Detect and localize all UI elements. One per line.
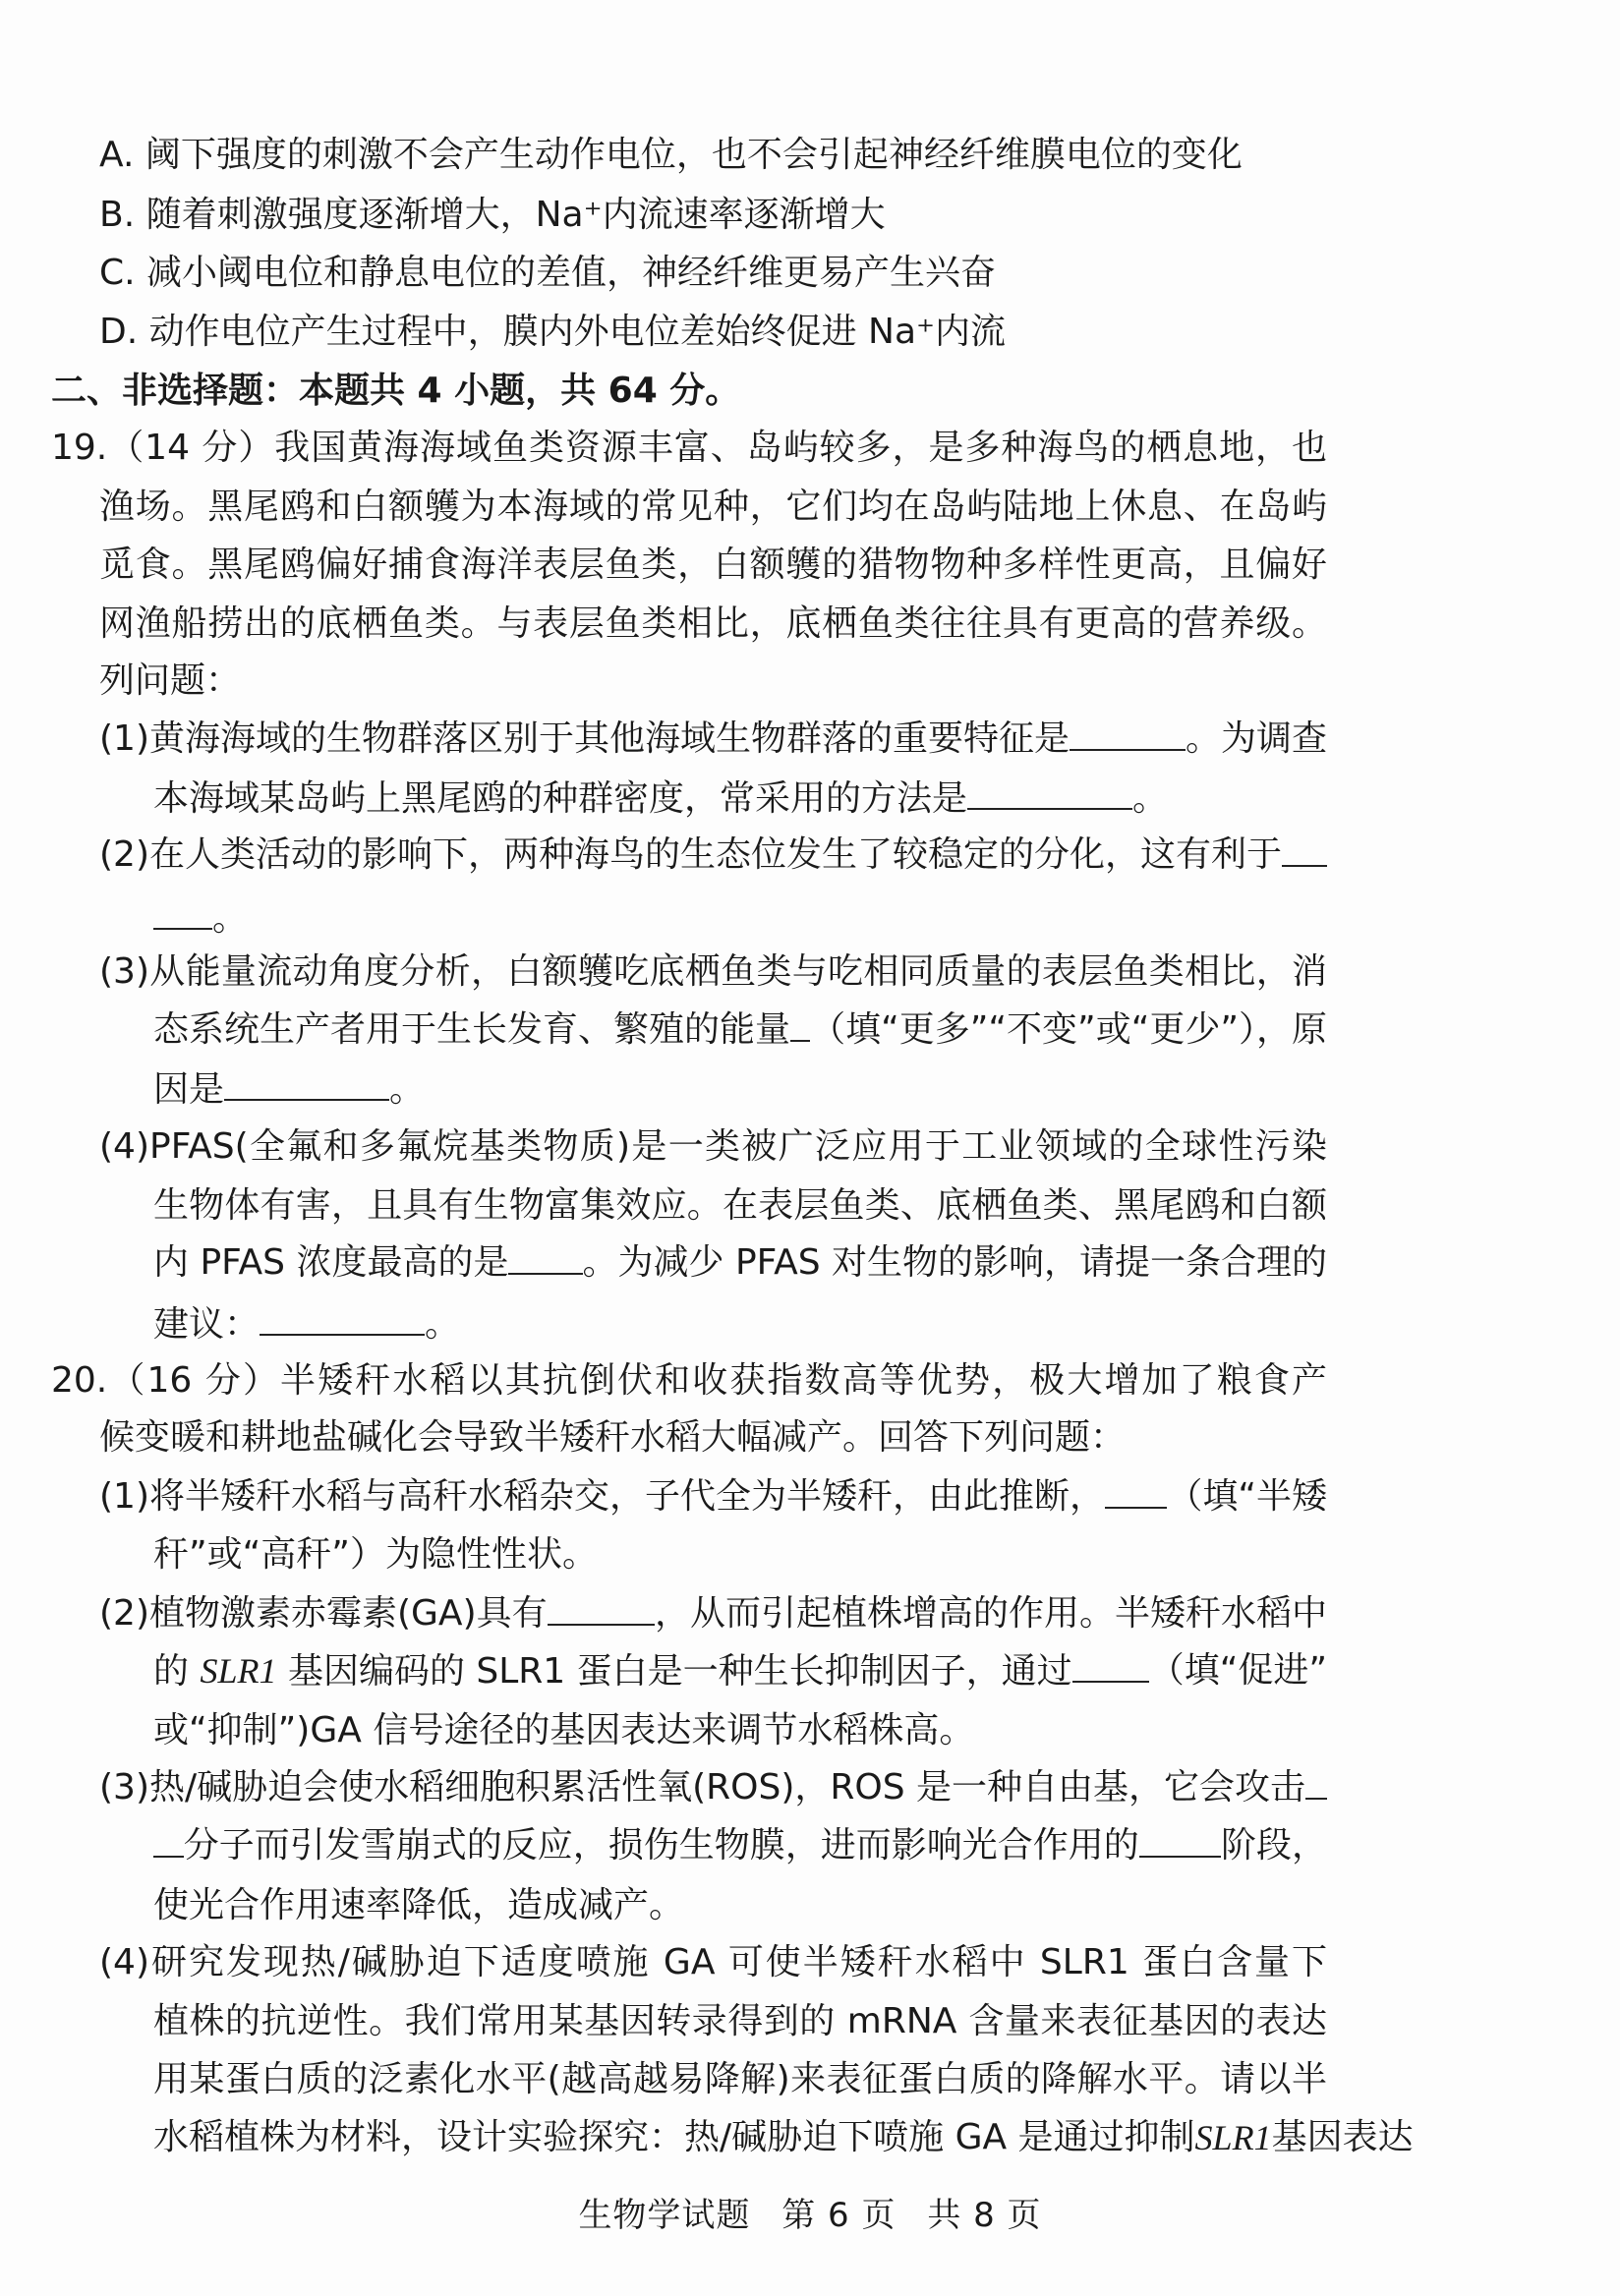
footer-page-total: 共 8 页: [927, 2196, 1041, 2235]
q19-part4-line4: 建议：。: [153, 1300, 460, 1348]
q20-part1-line2: 秆”或“高秆”）为隐性性状。: [153, 1531, 598, 1578]
q19-part1-text: 。: [1132, 778, 1168, 819]
q19-part3-text: （填“更多”“不变”或“更少”），原: [810, 1006, 1327, 1054]
q19-part3-line2: 态系统生产者用于生长发育、繁殖的能量 （填“更多”“不变”或“更少”），原: [153, 1006, 1327, 1054]
option-a: A. 阈下强度的刺激不会产生动作电位，也不会引起神经纤维膜电位的变化: [99, 132, 1243, 179]
q19-part4-line2: 生物体有害，且具有生物富集效应。在表层鱼类、底栖鱼类、黑尾鸥和白额鹱中，体: [153, 1182, 1327, 1230]
q19-part1-text: (1)黄海海域的生物群落区别于其他海域生物群落的重要特征是: [99, 716, 1070, 763]
q19-part1-line1: (1)黄海海域的生物群落区别于其他海域生物群落的重要特征是 。为调查: [99, 716, 1327, 763]
q20-part2-text: 的: [153, 1651, 189, 1692]
q19-part4-text: 。: [425, 1304, 460, 1345]
q19-part4-text: 内 PFAS 浓度最高的是: [153, 1239, 508, 1287]
q20-part2-text: 的 SLR1 基因编码的 SLR1 蛋白是一种生长抑制因子，通过: [153, 1647, 1072, 1694]
q20-part3-text: 阶段，: [1221, 1822, 1327, 1869]
q19-part1-text: 。为调查: [1186, 716, 1327, 763]
q20-part1-text: （填“半矮: [1167, 1473, 1327, 1521]
answer-blank[interactable]: [1072, 1647, 1149, 1683]
q20-part3-text: 分子而引发雪崩式的反应，损伤生物膜，进而影响光合作用的: [184, 1822, 1139, 1869]
answer-blank[interactable]: [1305, 1764, 1327, 1800]
q20-part2-line2: 的 SLR1 基因编码的 SLR1 蛋白是一种生长抑制因子，通过 （填“促进”: [153, 1647, 1327, 1694]
answer-blank[interactable]: [1139, 1822, 1221, 1858]
q19-stem-line: 渔场。黑尾鸥和白额鹱为本海域的常见种，它们均在岛屿陆地上休息、在岛屿周边海域: [99, 484, 1327, 531]
q20-part3-text: (3)热/碱胁迫会使水稻细胞积累活性氧(ROS)，ROS 是一种自由基，它会攻击: [99, 1764, 1305, 1811]
q19-part4-line1: (4)PFAS(全氟和多氟烷基类物质)是一类被广泛应用于工业领域的全球性污染物，…: [99, 1123, 1327, 1171]
q20-part4-line3: 用某蛋白质的泛素化水平(越高越易降解)来表征蛋白质的降解水平。请以半矮秆: [153, 2056, 1327, 2103]
q19-part1-line2: 本海域某岛屿上黑尾鸥的种群密度，常采用的方法是。: [153, 775, 1168, 822]
footer-page-number: 第 6 页: [781, 2196, 896, 2235]
q20-stem-line: 候变暖和耕地盐碱化会导致半矮秆水稻大幅减产。回答下列问题：: [99, 1414, 1126, 1462]
option-d: D. 动作电位产生过程中，膜内外电位差始终促进 Na⁺内流: [99, 309, 1006, 356]
answer-blank[interactable]: [1105, 1473, 1167, 1509]
q19-stem-line: 列问题：: [99, 658, 241, 705]
gene-name: SLR1: [200, 1651, 276, 1691]
answer-blank[interactable]: [967, 775, 1132, 810]
q19-part1-text: 本海域某岛屿上黑尾鸥的种群密度，常采用的方法是: [153, 778, 967, 819]
q19-part2-text: (2)在人类活动的影响下，两种海鸟的生态位发生了较稳定的分化，这有利于: [99, 832, 1282, 879]
q20-part3-line1: (3)热/碱胁迫会使水稻细胞积累活性氧(ROS)，ROS 是一种自由基，它会攻击: [99, 1764, 1327, 1811]
q19-part3-text: 。: [389, 1069, 425, 1110]
q20-part2-text: ，从而引起植株增高的作用。半矮秆水稻中: [655, 1590, 1327, 1637]
q19-stem-line: 觅食。黑尾鸥偏好捕食海洋表层鱼类，白额鹱的猎物物种多样性更高，且偏好捕食由拖: [99, 542, 1327, 589]
footer-subject: 生物学试题: [578, 2196, 750, 2235]
q19-part4-text: 建议：: [153, 1304, 260, 1345]
exam-page: A. 阈下强度的刺激不会产生动作电位，也不会引起神经纤维膜电位的变化 B. 随着…: [0, 0, 1620, 2296]
answer-blank[interactable]: [548, 1590, 655, 1626]
q19-part3-line1: (3)从能量流动角度分析，白额鹱吃底栖鱼类与吃相同质量的表层鱼类相比，消耗该生: [99, 948, 1327, 996]
q20-part2-line3: 或“抑制”)GA 信号途径的基因表达来调节水稻株高。: [153, 1707, 974, 1754]
q20-part2-text: 基因编码的 SLR1 蛋白是一种生长抑制因子，通过: [288, 1651, 1072, 1692]
q19-part4-text: 。为减少 PFAS 对生物的影响，请提一条合理的: [583, 1239, 1327, 1287]
q19-stem-line: 19.（14 分）我国黄海海域鱼类资源丰富、岛屿较多，是多种海鸟的栖息地，也是我…: [51, 425, 1327, 472]
answer-blank[interactable]: [508, 1239, 582, 1275]
q20-part1-text: (1)将半矮秆水稻与高秆水稻杂交，子代全为半矮秆，由此推断，: [99, 1473, 1105, 1521]
q20-part1-line1: (1)将半矮秆水稻与高秆水稻杂交，子代全为半矮秆，由此推断， （填“半矮: [99, 1473, 1327, 1521]
q20-part4-line4: 水稻植株为材料，设计实验探究：热/碱胁迫下喷施 GA 是通过抑制 SLR1 基因…: [153, 2114, 1327, 2161]
q20-part4-line2: 植株的抗逆性。我们常用某基因转录得到的 mRNA 含量来表征基因的表达水平，: [153, 1998, 1327, 2045]
q19-part2-line1: (2)在人类活动的影响下，两种海鸟的生态位发生了较稳定的分化，这有利于: [99, 832, 1327, 879]
q19-part4-line3: 内 PFAS 浓度最高的是 。为减少 PFAS 对生物的影响，请提一条合理的: [153, 1239, 1327, 1287]
q19-part3-line3: 因是。: [153, 1065, 425, 1113]
q19-part2-line2: 。: [153, 894, 248, 942]
answer-blank[interactable]: [1282, 832, 1327, 867]
option-b: B. 随着刺激强度逐渐增大，Na⁺内流速率逐渐增大: [99, 192, 886, 239]
answer-blank[interactable]: [1070, 716, 1186, 751]
answer-blank[interactable]: [260, 1300, 425, 1336]
q20-part3-line2: 分子而引发雪崩式的反应，损伤生物膜，进而影响光合作用的 阶段，: [153, 1822, 1327, 1869]
q19-part3-text: 因是: [153, 1069, 224, 1110]
answer-blank[interactable]: [153, 1822, 184, 1858]
q20-part2-text: （填“促进”: [1149, 1647, 1327, 1694]
option-c: C. 减小阈电位和静息电位的差值，神经纤维更易产生兴奋: [99, 250, 996, 297]
answer-blank[interactable]: [224, 1065, 389, 1101]
answer-blank[interactable]: [790, 1006, 810, 1042]
q20-part2-line1: (2)植物激素赤霉素(GA)具有 ，从而引起植株增高的作用。半矮秆水稻中: [99, 1590, 1327, 1637]
q20-part4-text: 基因表达: [1272, 2114, 1414, 2161]
section-header: 二、非选择题：本题共 4 小题，共 64 分。: [51, 368, 740, 415]
q20-stem-line: 20.（16 分）半矮秆水稻以其抗倒伏和收获指数高等优势，极大增加了粮食产量。但…: [51, 1357, 1327, 1405]
gene-name: SLR1: [1195, 2114, 1272, 2161]
q19-part3-text: 态系统生产者用于生长发育、繁殖的能量: [153, 1006, 790, 1054]
q20-part4-line1: (4)研究发现热/碱胁迫下适度喷施 GA 可使半矮秆水稻中 SLR1 蛋白含量下…: [99, 1939, 1327, 1986]
q19-stem-line: 网渔船捞出的底栖鱼类。与表层鱼类相比，底栖鱼类往往具有更高的营养级。回答下: [99, 601, 1327, 648]
q19-part2-text: 。: [212, 898, 248, 939]
page-footer: 生物学试题 第 6 页 共 8 页: [0, 2188, 1620, 2236]
q20-part4-text: 水稻植株为材料，设计实验探究：热/碱胁迫下喷施 GA 是通过抑制: [153, 2114, 1195, 2161]
answer-blank[interactable]: [153, 894, 212, 930]
q20-part2-text: (2)植物激素赤霉素(GA)具有: [99, 1590, 548, 1637]
q20-part3-line3: 使光合作用速率降低，造成减产。: [153, 1882, 684, 1929]
